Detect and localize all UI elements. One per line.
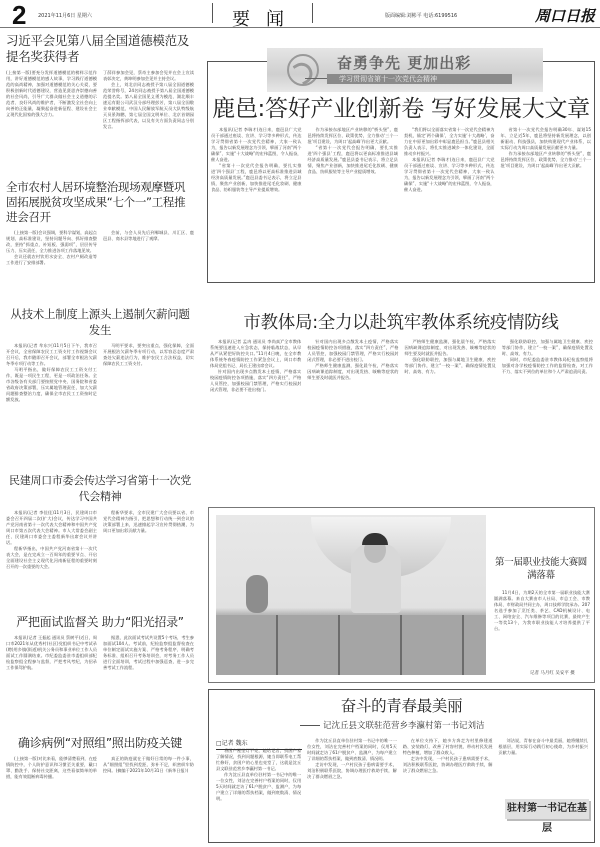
article-paragraph: 会议还就农村饮用水安全、农村户厕改造等工作进行了安排部署。 [6, 254, 97, 266]
article-paragraph: 作为沈丘县直单位驻村第一书记中的唯一一位女性，刘洁在完善村户档案的同时，仅用5天… [307, 738, 397, 762]
article-paragraph: 程新华指出，中国共产党河南省第十一次代表大会，是在完成立一百周年的重要节点、开启… [6, 546, 97, 570]
newspaper-logo: 周口日报 [535, 5, 595, 26]
youth-headline: 奋斗的青春最美丽 [208, 697, 595, 715]
banner-slogan: 奋勇争先 更加出彩 [337, 52, 471, 73]
feature-headline: 鹿邑:答好产业创新卷 写好发展大文章 [207, 96, 595, 122]
party-emblem-icon [287, 54, 319, 86]
article-xi-meets-moral-models: 习近平会见第八届全国道德模范及提名奖获得者 (上接第一版)要充分发挥道德模范的榜… [6, 33, 194, 130]
article-paragraph: 针对国内出现多点散发本土疫情，严格落实校园疫情防控各项措施，落实“四方责任”，严… [307, 339, 398, 363]
article-paragraph: 本报讯(记者 王振起 通讯员 蔡树平)近日，周口市2021年从优秀村(社区)党组… [6, 635, 97, 671]
article-paragraph: 走访中发现，一户村民孩子患病需要手术，刘洁积极联系医院，协调办理医疗救助手续，解… [307, 762, 397, 780]
article-paragraph: 作为承接东部地区产业转移的“桥头堡”，鹿邑将持续发挥区位、政策优势，全力推动‘三… [308, 127, 399, 145]
article-wage-arrears: 从技术上制度上源头上遏制欠薪问题发生 本报讯(记者 牟东兴)11月5日下午，我市… [6, 306, 194, 403]
article-paragraph: 程新华要求，全市民建广大会员要以省、市党代会精神为指引，把思想和行动统一到会议的… [103, 510, 194, 534]
article-headline: 全市农村人居环境整治现场观摩暨巩固拓展脱贫攻坚成果“七个一”工程推进会召开 [6, 180, 194, 225]
youth-subheadline: 记沈丘县文联驻范营乡李瀛村第一书记刘洁 [300, 719, 485, 731]
article-paragraph: 真正的防疫就在于做好日常的每一件小事，从“细照组”里找到差距、弥补不足，织密织牢… [103, 756, 194, 774]
article-paragraph: 严格师生健康监测，强化晨午检，严格落实因病缺课追踪制度，对出现发热、咳嗽等症状的… [405, 339, 496, 357]
article-paragraph: (上接第一版)对比来看，能够清楚看到，在疫情防控中，个人防护意识和习惯至关重要，… [6, 756, 97, 780]
article-paragraph: 会上，刘北京同志被授予第八届全国道德模范荣誉称号，24名同志被授予第八届全国道德… [103, 82, 194, 130]
column-tag: 驻村第一书记在基层 [505, 799, 589, 819]
article-paragraph: 本报讯(记者 孟冉 通讯员 李尚真)“全市教体系统要迅速进入应急状态，保持临战状… [210, 339, 301, 369]
epidemic-body: 本报讯(记者 孟冉 通讯员 李尚真)“全市教体系统要迅速进入应急状态，保持临战状… [210, 339, 593, 393]
article-paragraph: 强化联防联控，加强与属地卫生健康、疾控等部门协作，建立“一校一案”，确保疫情处置… [502, 339, 593, 357]
section-title: 要闻 [232, 5, 300, 31]
photo-caption: 11月4日，为期2天的全市第一届职业技能大赛圆满落幕。来自大赛由市人社局、市总工… [494, 590, 590, 632]
article-headline: 确诊病例“对照组”照出防疫关键 [6, 735, 194, 751]
article-paragraph: 本报讯(记者 李瑞才)连日来，鹿邑县广大党员干部通过座谈、宣讲、学习等多种形式，… [404, 157, 495, 193]
article-control-group: 确诊病例“对照组”照出防疫关键 (上接第一版)对比来看，能够清楚看到，在疫情防控… [6, 735, 194, 780]
epidemic-headline: 市教体局:全力以赴筑牢教体系统疫情防线 [207, 313, 595, 333]
photo-headline: 第一届职业技能大赛圆满落幕 [492, 556, 590, 582]
article-rural-environment: 全市农村人居环境整治现场观摩暨巩固拓展脱贫攻坚成果“七个一”工程推进会召开 (上… [6, 180, 194, 266]
article-paragraph: 丁薛祥参加会见，蔡奇主参加会见并在会上宣读表彰决定，黄坤明参加会见并主持会议。 [103, 70, 194, 82]
article-paragraph: 在单位支持下，她多方奔走为村里修建道路、安装路灯，改善了村容村貌，带动村民发展特… [403, 738, 493, 756]
article-headline: 民建周口市委会传达学习省第十一次党代会精神 [6, 473, 194, 505]
article-paragraph: 走访中发现，一户村民孩子患病需要手术，刘洁积极联系医院，协调办理医疗救助手续，解… [403, 756, 493, 774]
article-paragraph: 马明平指出，做好保障农民工工资支付工作，既是一项民生工程，更是一项政治任务。全市… [6, 367, 97, 403]
column-banner: 奋勇争先 更加出彩 学习贯彻省第十一次党代会精神 [267, 48, 543, 92]
publication-date: 2021年11月6日 星期六 [38, 12, 92, 19]
potted-plant [246, 575, 268, 613]
tea-ceremony-photo [216, 515, 486, 675]
article-paragraph: 本报讯(记者 李佳佳)11月3日，民建周口市委会召开四届二次(扩大)会议，传达学… [6, 510, 97, 546]
article-paragraph: 据悉，此次面试考试共设置5个考场，考生参加面试104人。考试前，纪检监察组监督检… [103, 635, 194, 671]
article-headline: 严把面试监督关 助力“阳光招录” [6, 614, 194, 630]
article-democratic-league: 民建周口市委会传达学习省第十一次党代会精神 本报讯(记者 李佳佳)11月3日，民… [6, 473, 194, 570]
article-paragraph: 针对国内出现多点散发本土疫情，严格落实校园疫情防控各项措施，落实“四方责任”，严… [210, 369, 301, 393]
divider [312, 3, 313, 23]
article-paragraph: (上接第一版)要充分发挥道德模范的榜样示范作用，讲好道德模范的感人故事，学习践行… [6, 70, 97, 118]
article-headline: 习近平会见第八届全国道德模范及提名奖获得者 [6, 33, 194, 65]
banner-subtitle: 学习贯彻省第十一次党代会精神 [327, 74, 512, 84]
article-paragraph: 作为沈丘县直单位驻村第一书记中的唯一一位女性，刘洁在完善村户档案的同时，仅用5天… [216, 772, 301, 802]
masthead: 2 2021年11月6日 星期六 要闻 版面编辑:刘彬平 电话:6199516 … [0, 0, 600, 28]
article-paragraph: 强化联防联控，加强与属地卫生健康、疾控等部门协作，建立“一校一案”，确保疫情处置… [405, 357, 496, 375]
page-number: 2 [12, 2, 26, 28]
article-paragraph: 同时，市纪委监委驻市教体局纪检监察组将加强对各学校疫情防控工作的监督检查，对工作… [502, 357, 593, 375]
article-paragraph: “省第十一次党代会报告明确，要扎实推进‘四个强县’工程，鹿邑将以更高标准推进县域… [308, 145, 399, 175]
article-interview-supervision: 严把面试监督关 助力“阳光招录” 本报讯(记者 王振起 通讯员 蔡树平)近日，周… [6, 614, 194, 671]
article-paragraph: “省第十一次党代会报告明确，要扎实推进‘四个强县’工程，鹿邑将以更高标准推进县域… [211, 163, 302, 193]
carved-tea-table [216, 615, 486, 675]
article-paragraph: 本报讯(记者 李瑞才)连日来，鹿邑县广大党员干部通过座谈、宣讲、学习等多种形式，… [211, 127, 302, 163]
article-paragraph: 省第十一次党代会报告明确30年、谋划15年、立足近5年，鹿邑将坚持新发展理念，以… [501, 127, 592, 151]
youth-body: 将困户屋里灯不亮，她给记者，找困户家了解情况，找到问题根源，她当即联系电工帮忙修… [216, 748, 588, 802]
editor-contact: 版面编辑:刘彬平 电话:6199516 [385, 12, 457, 19]
article-paragraph: 本报讯(记者 牟东兴)11月5日下午，我市召开会议，全省保障农民工工资支付工作视… [6, 343, 97, 367]
article-paragraph: 刘洁说，青春在奋斗中最美丽，她将继续扎根基层，用实际行动践行初心使命，为乡村振兴… [498, 738, 588, 756]
dash-line [305, 78, 327, 79]
divider [212, 3, 213, 23]
article-paragraph: 马明平要求，要突出重点，强化保障，全面开展根治欠薪冬季专项行动，以零容忍态度严肃… [103, 343, 194, 367]
article-paragraph: 作为承接东部地区产业转移的“桥头堡”，鹿邑将持续发挥区位、政策优势，全力推动‘三… [501, 151, 592, 169]
article-paragraph: 将困户屋里灯不亮，她给记者，找困户家了解情况，找到问题根源，她当即联系电工帮忙修… [216, 748, 301, 772]
article-paragraph: 会前，与会人员先后到郸城县、川汇区、鹿邑县、商水县等地进行了观摩。 [103, 230, 194, 242]
article-paragraph: 严格师生健康监测，强化晨午检，严格落实因病缺课追踪制度，对出现发热、咳嗽等症状的… [307, 363, 398, 381]
photo-credit: 记者 马月红 吴安平 摄 [530, 670, 575, 676]
article-paragraph: “我们将以全面落实省第十一次党代会精神为契机，锚定‘两个确保’，全力实施‘十大战… [404, 127, 495, 157]
article-paragraph: (上接第一版)会议强调，要科学谋划，高起点规划、高标准建设，坚持问题导向、抓好排… [6, 230, 97, 254]
article-headline: 从技术上制度上源头上遏制欠薪问题发生 [6, 306, 194, 338]
feature-body: 本报讯(记者 李瑞才)连日来，鹿邑县广大党员干部通过座谈、宣讲、学习等多种形式，… [211, 127, 591, 194]
